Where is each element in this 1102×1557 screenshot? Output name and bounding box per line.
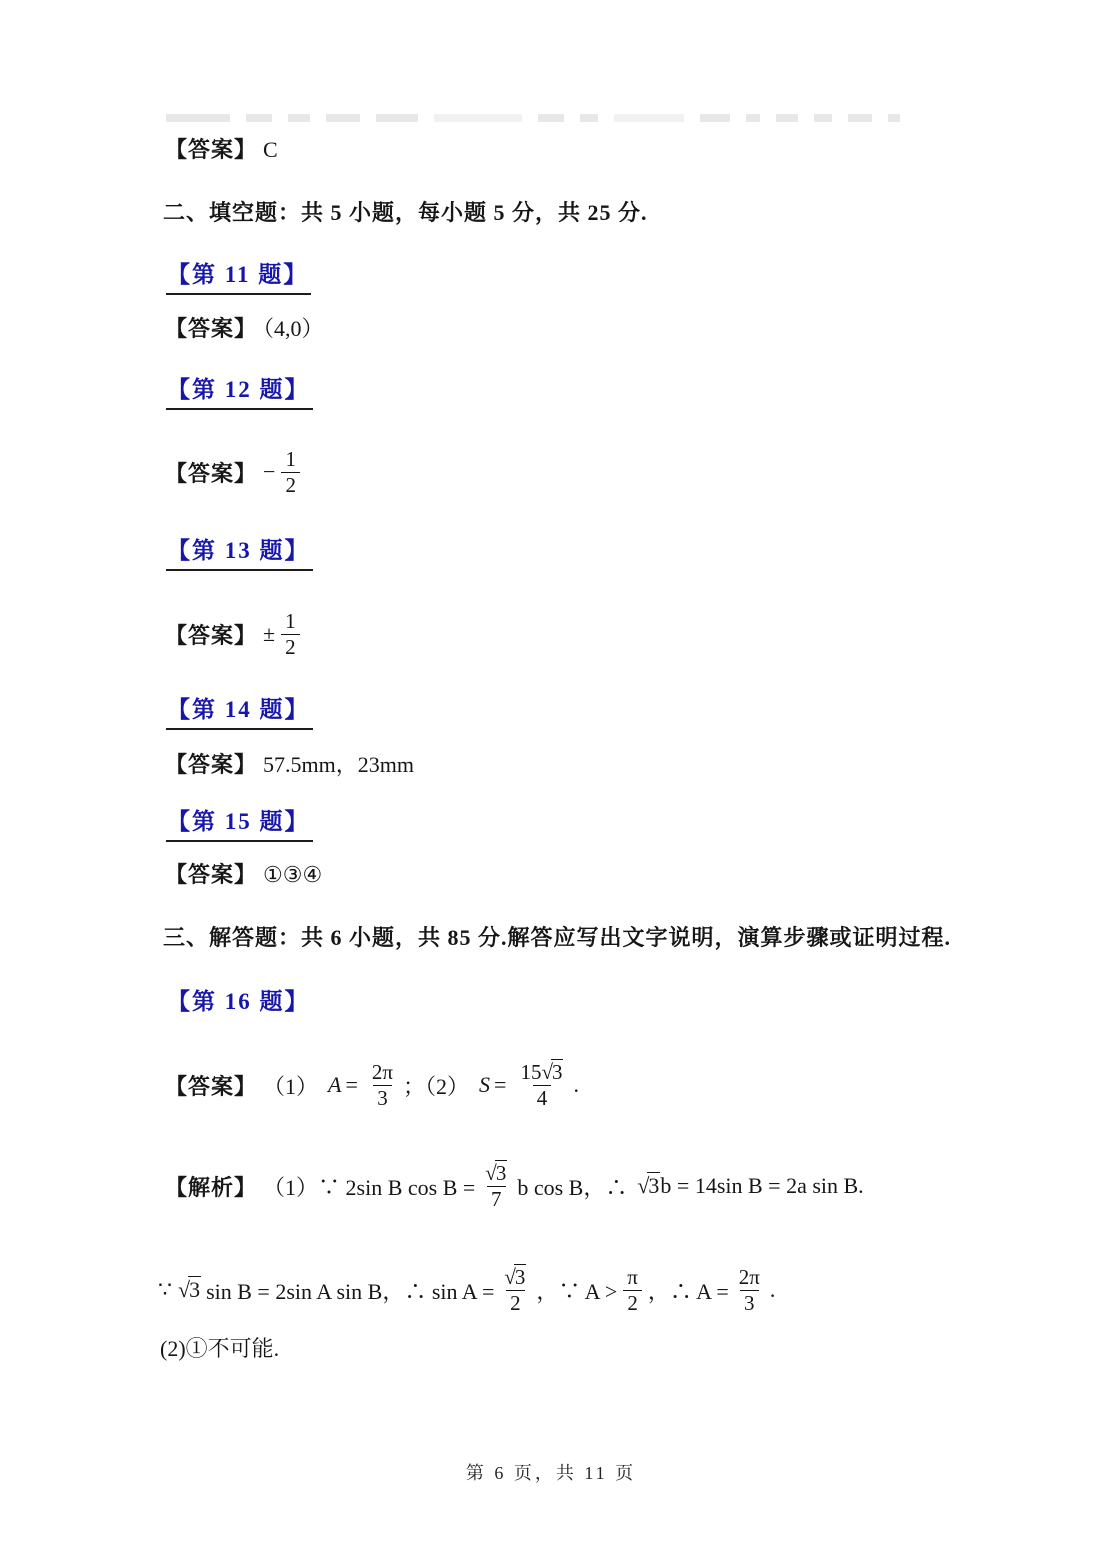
analysis-line-1: 【解析】 （1）∵ 2sin B cos B = √3 7 b cos B，∴ …: [165, 1144, 864, 1228]
answer-label: 【答案】: [165, 619, 257, 650]
sqrt-radicand: 3: [495, 1160, 508, 1185]
sqrt: √3: [541, 1060, 563, 1084]
fraction-denominator: 2: [623, 1290, 642, 1316]
answer-line-12: 【答案】 − 1 2: [165, 436, 306, 508]
answer-label: 【答案】: [165, 316, 257, 341]
sqrt: √3: [178, 1277, 201, 1303]
math-text: sin B = 2sin A sin B，∴ sin A =: [206, 1275, 494, 1306]
fraction-numerator: 2π: [735, 1265, 764, 1290]
fraction-numerator: 2π: [368, 1060, 397, 1085]
sqrt-radicand: 3: [647, 1172, 660, 1198]
fraction: 1 2: [281, 447, 300, 498]
fraction-numerator: 1: [281, 609, 300, 634]
answer-line-previous: 【答案】C: [165, 133, 278, 164]
fraction-numerator: 1: [281, 447, 300, 472]
question-14-link[interactable]: 【第 14 题】: [166, 691, 313, 730]
fraction: 15√3 4: [516, 1060, 567, 1111]
fraction: √3 2: [500, 1265, 530, 1316]
fraction-denominator: 2: [281, 472, 300, 498]
sqrt-radicand: 3: [514, 1264, 527, 1289]
plus-minus-sign: ±: [263, 621, 275, 647]
answer-value: ①③④: [263, 862, 322, 887]
equals-sign: =: [494, 1072, 506, 1098]
math-text: ，∵ A >: [536, 1275, 617, 1306]
math-text: （1）∵ 2sin B cos B =: [263, 1171, 475, 1202]
answer-line-11: 【答案】（4,0）: [165, 312, 324, 343]
question-16-link[interactable]: 【第 16 题】: [166, 983, 313, 1016]
analysis-line-2: ∵ √3 sin B = 2sin A sin B，∴ sin A = √3 2…: [158, 1248, 775, 1332]
fraction-denominator: 3: [373, 1085, 392, 1111]
math-text: （1）: [263, 1070, 318, 1101]
section3-heading: 三、解答题：共 6 小题，共 85 分.解答应写出文字说明，演算步骤或证明过程.: [163, 921, 951, 952]
fraction-denominator: 7: [487, 1186, 506, 1212]
page-number-footer: 第 6 页，共 11 页: [0, 1459, 1102, 1485]
sqrt: √3: [504, 1265, 526, 1289]
math-text: ；（2）: [403, 1070, 469, 1101]
math-text: ∵: [158, 1277, 172, 1303]
document-page: 【答案】C 二、填空题：共 5 小题，每小题 5 分，共 25 分. 【第 11…: [0, 0, 1102, 1557]
question-11-link[interactable]: 【第 11 题】: [166, 256, 311, 295]
answer-label: 【答案】: [165, 137, 257, 162]
question-15-link[interactable]: 【第 15 题】: [166, 803, 313, 842]
fraction: √3 7: [481, 1161, 511, 1212]
math-text: .: [573, 1072, 579, 1098]
fraction-denominator: 2: [281, 634, 300, 660]
math-text: b = 14sin B = 2a sin B.: [660, 1173, 863, 1199]
fraction: 2π 3: [368, 1060, 397, 1111]
fraction-numerator: √3: [481, 1161, 511, 1186]
answer-line-16: 【答案】 （1） A = 2π 3 ；（2） S = 15√3 4 .: [165, 1044, 579, 1126]
sqrt-radicand: 3: [551, 1059, 564, 1084]
answer-label: 【答案】: [165, 1070, 257, 1101]
answer-line-13: 【答案】 ± 1 2: [165, 597, 306, 671]
answer-label: 【答案】: [165, 862, 257, 887]
math-text: .: [770, 1277, 776, 1303]
math-text: ，∴ A =: [648, 1275, 729, 1306]
sqrt: √3: [485, 1161, 507, 1185]
minus-sign: −: [263, 459, 275, 485]
analysis-line-3: (2)①不可能.: [160, 1332, 279, 1363]
answer-label: 【答案】: [165, 752, 257, 777]
answer-line-14: 【答案】57.5mm，23mm: [165, 748, 414, 779]
math-var: A: [328, 1072, 341, 1098]
sqrt-radicand: 3: [188, 1276, 201, 1302]
fraction-numerator: π: [623, 1265, 642, 1290]
question-13-link[interactable]: 【第 13 题】: [166, 532, 313, 571]
sqrt: √3: [637, 1173, 660, 1199]
math-var: S: [479, 1072, 490, 1098]
answer-value: 57.5mm，23mm: [263, 752, 414, 777]
math-text: b cos B，∴: [517, 1171, 627, 1202]
section2-heading: 二、填空题：共 5 小题，每小题 5 分，共 25 分.: [163, 196, 648, 227]
fraction: 2π 3: [735, 1265, 764, 1316]
fraction-denominator: 2: [506, 1290, 525, 1316]
answer-label: 【答案】: [165, 457, 257, 488]
fraction-numerator: √3: [500, 1265, 530, 1290]
fraction: π 2: [623, 1265, 642, 1316]
answer-value: C: [263, 137, 278, 162]
analysis-label: 【解析】: [165, 1171, 257, 1202]
fraction-numerator: 15√3: [516, 1060, 567, 1085]
answer-value: （4,0）: [263, 316, 324, 341]
equals-sign: =: [345, 1072, 357, 1098]
answer-line-15: 【答案】①③④: [165, 858, 322, 889]
fraction-denominator: 3: [740, 1290, 759, 1316]
fraction-denominator: 4: [533, 1085, 552, 1111]
question-12-link[interactable]: 【第 12 题】: [166, 371, 313, 410]
faded-text-remnant: [166, 113, 952, 123]
fraction: 1 2: [281, 609, 300, 660]
